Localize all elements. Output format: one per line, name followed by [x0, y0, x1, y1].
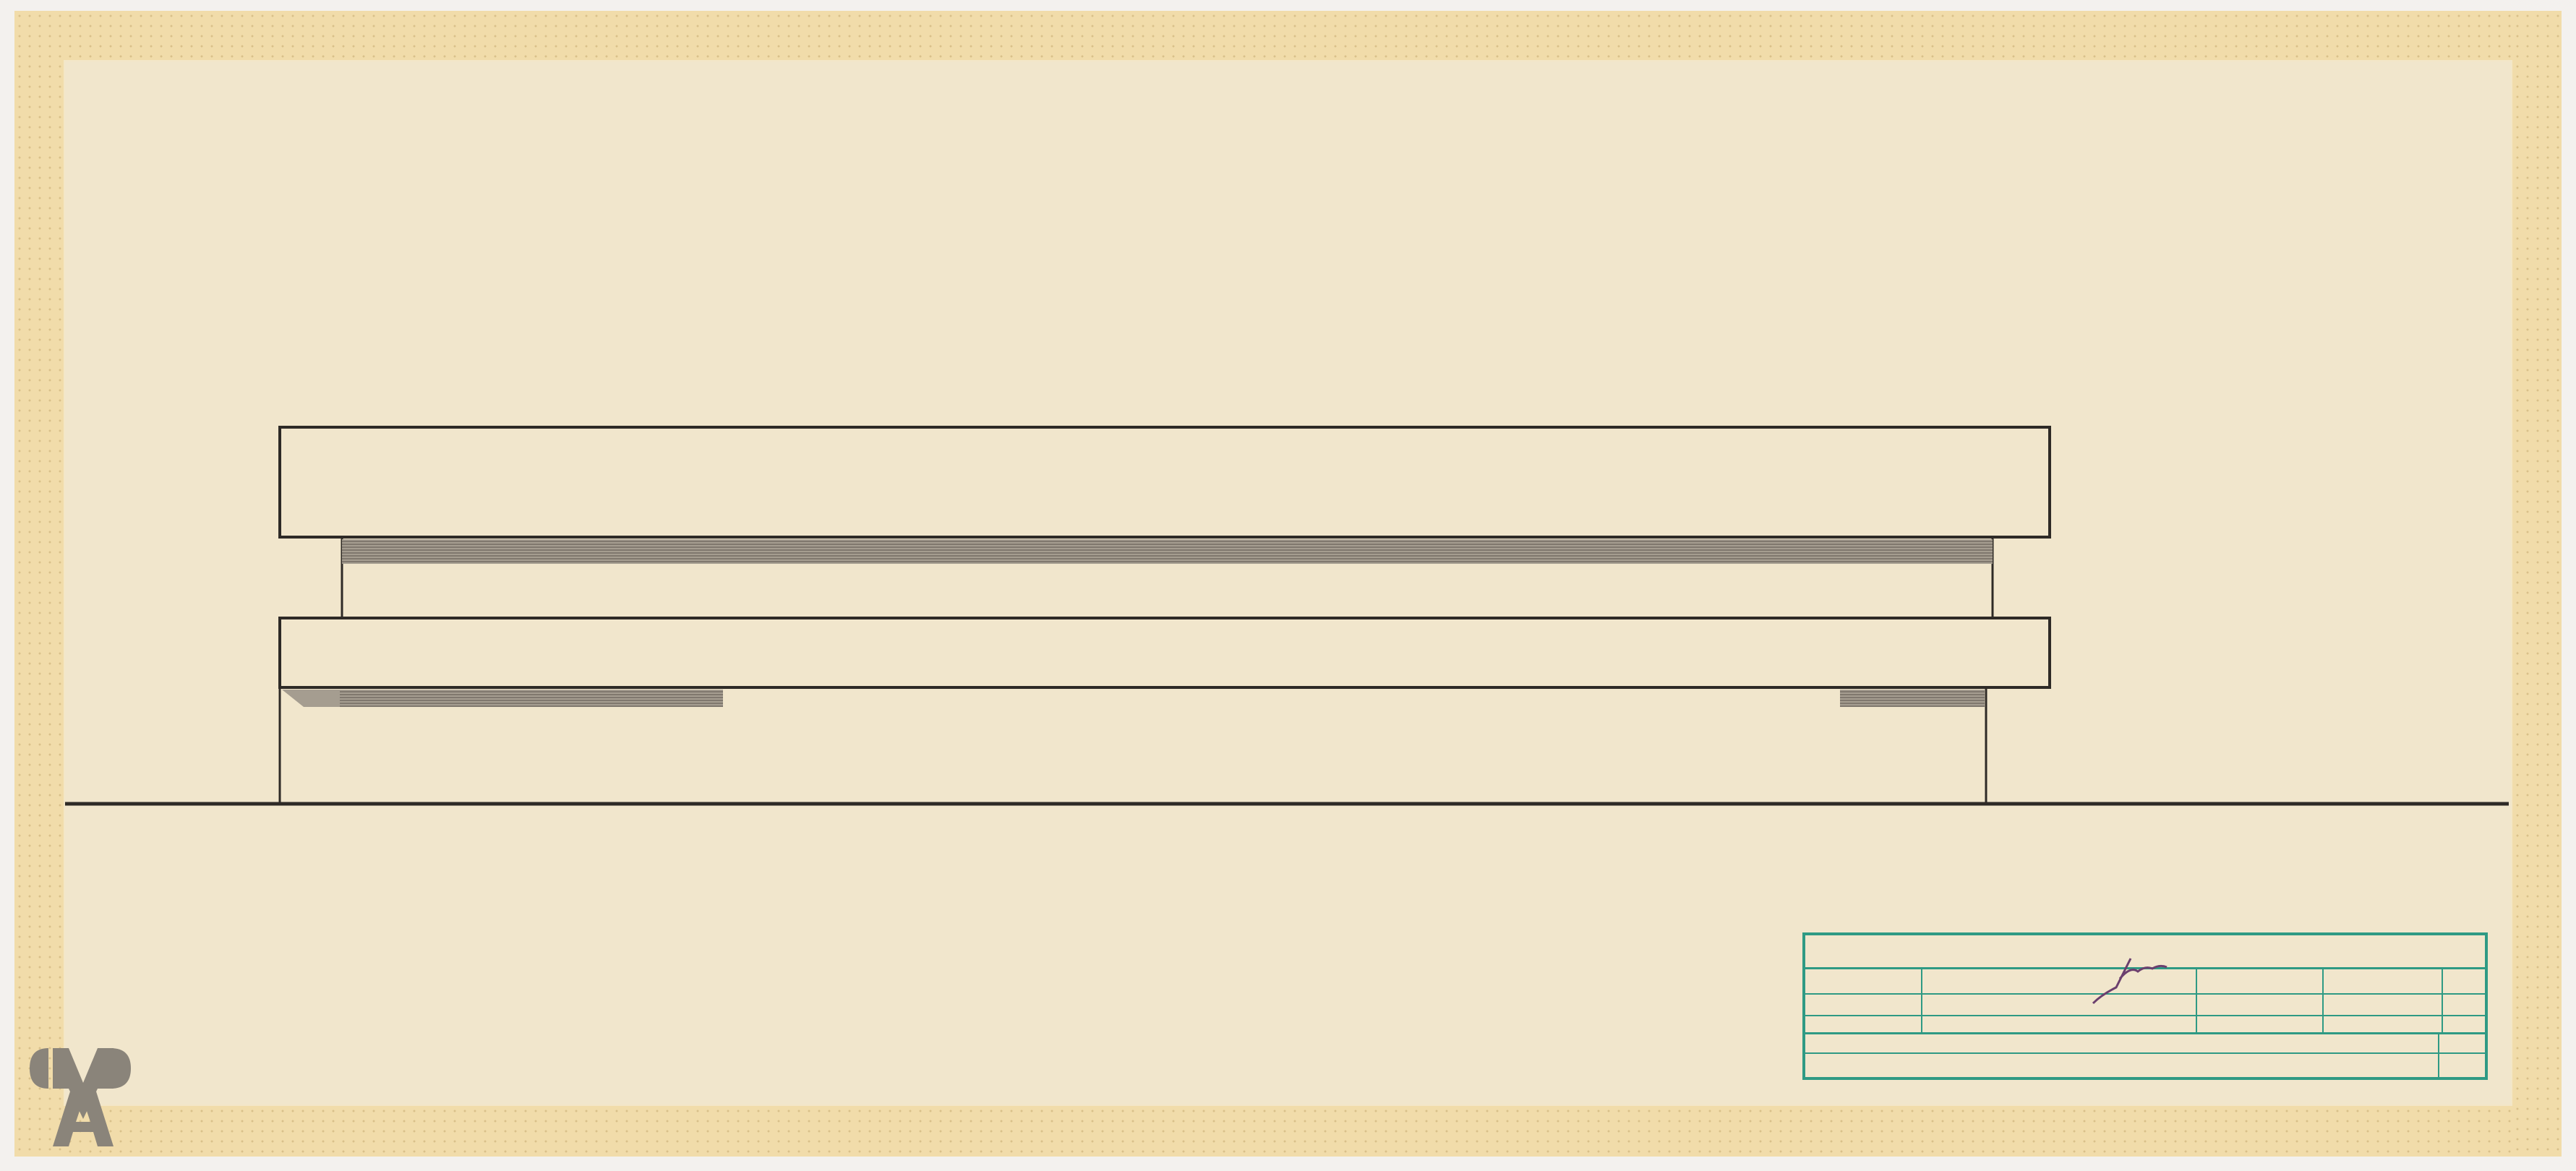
stamp-divider	[1805, 1052, 2485, 1054]
stamp-vline	[2322, 967, 2324, 1032]
title-block-stamp	[1802, 932, 2488, 1080]
lower-sunshade-left	[340, 690, 723, 707]
middle-fascia-band	[280, 618, 2050, 687]
stamp-vline	[2438, 1032, 2439, 1077]
upper-sunshade-hatch	[342, 539, 1993, 564]
stamp-vline	[2442, 967, 2443, 1032]
upper-fascia-band	[280, 427, 2050, 537]
lower-sunshade-right	[1840, 690, 1985, 707]
stamp-divider	[1805, 1032, 2485, 1034]
museum-logo-icon	[25, 1047, 141, 1148]
signature-icon	[2087, 951, 2174, 1009]
stamp-vline	[1921, 967, 1922, 1032]
stamp-divider	[1805, 1015, 2485, 1016]
stamp-vline	[2196, 967, 2197, 1032]
canopy-shadow	[282, 690, 340, 707]
